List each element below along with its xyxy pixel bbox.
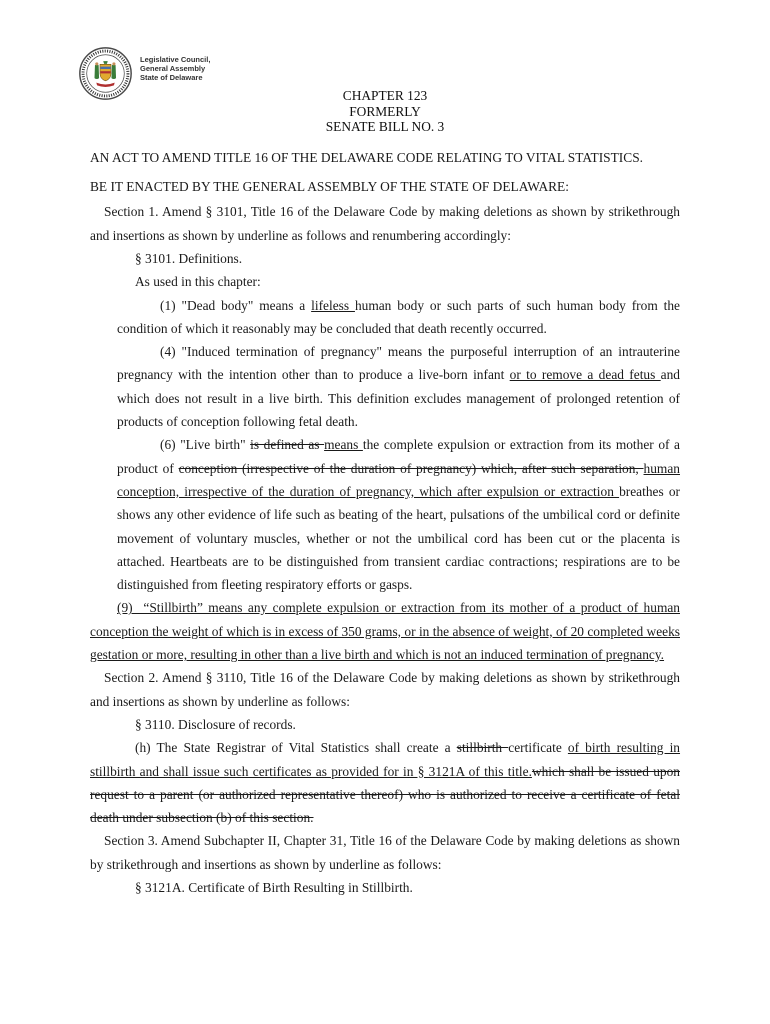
inserted-text: or to remove a dead fetus xyxy=(510,367,661,382)
text-run: Section 2. Amend § 3110, Title 16 of the… xyxy=(90,670,680,708)
inserted-text: (9) “Stillbirth” means any complete expu… xyxy=(90,600,680,662)
document-content: CHAPTER 123 FORMERLY SENATE BILL NO. 3 A… xyxy=(90,88,680,899)
text-run: certificate xyxy=(508,740,568,755)
paragraph: (1) "Dead body" means a lifeless human b… xyxy=(117,294,680,341)
inserted-text: means xyxy=(324,437,363,452)
paragraph: § 3110. Disclosure of records. xyxy=(90,713,680,736)
text-run: breathes or shows any other evidence of … xyxy=(117,484,680,592)
delaware-seal-icon xyxy=(78,46,133,101)
logo-caption: Legislative Council, General Assembly St… xyxy=(140,46,210,82)
paragraph: § 3121A. Certificate of Birth Resulting … xyxy=(90,876,680,899)
formerly-label: FORMERLY xyxy=(90,104,680,120)
logo-caption-line-2: General Assembly xyxy=(140,64,210,73)
paragraph: (9) “Stillbirth” means any complete expu… xyxy=(90,596,680,666)
text-run: (6) "Live birth" xyxy=(160,437,250,452)
paragraph: (h) The State Registrar of Vital Statist… xyxy=(90,736,680,829)
act-title-line: AN ACT TO AMEND TITLE 16 OF THE DELAWARE… xyxy=(90,146,680,169)
text-run: (h) The State Registrar of Vital Statist… xyxy=(135,740,457,755)
paragraph: (6) "Live birth" is defined as means the… xyxy=(117,433,680,596)
text-run: § 3110. Disclosure of records. xyxy=(135,717,296,732)
logo-caption-line-3: State of Delaware xyxy=(140,73,210,82)
paragraph: Section 3. Amend Subchapter II, Chapter … xyxy=(90,829,680,876)
text-run: § 3121A. Certificate of Birth Resulting … xyxy=(135,880,413,895)
text-run: Section 1. Amend § 3101, Title 16 of the… xyxy=(90,204,680,242)
text-run: (1) "Dead body" means a xyxy=(160,298,311,313)
paragraph: Section 2. Amend § 3110, Title 16 of the… xyxy=(90,666,680,713)
text-run: As used in this chapter: xyxy=(135,274,261,289)
inserted-text: lifeless xyxy=(311,298,355,313)
paragraph: As used in this chapter: xyxy=(90,270,680,293)
text-run: § 3101. Definitions. xyxy=(135,251,242,266)
document-page: Legislative Council, General Assembly St… xyxy=(0,0,770,1024)
text-run: Section 3. Amend Subchapter II, Chapter … xyxy=(90,833,680,871)
paragraph: § 3101. Definitions. xyxy=(90,247,680,270)
bill-number: SENATE BILL NO. 3 xyxy=(90,119,680,135)
enacting-clause: BE IT ENACTED BY THE GENERAL ASSEMBLY OF… xyxy=(90,175,680,198)
deleted-text: conception (irrespective of the duration… xyxy=(179,461,644,476)
paragraph: (4) "Induced termination of pregnancy" m… xyxy=(117,340,680,433)
paragraph: Section 1. Amend § 3101, Title 16 of the… xyxy=(90,200,680,247)
deleted-text: is defined as xyxy=(250,437,324,452)
document-body: Section 1. Amend § 3101, Title 16 of the… xyxy=(90,200,680,899)
logo-caption-line-1: Legislative Council, xyxy=(140,55,210,64)
deleted-text: stillbirth xyxy=(457,740,509,755)
header-logo-block: Legislative Council, General Assembly St… xyxy=(78,46,210,101)
